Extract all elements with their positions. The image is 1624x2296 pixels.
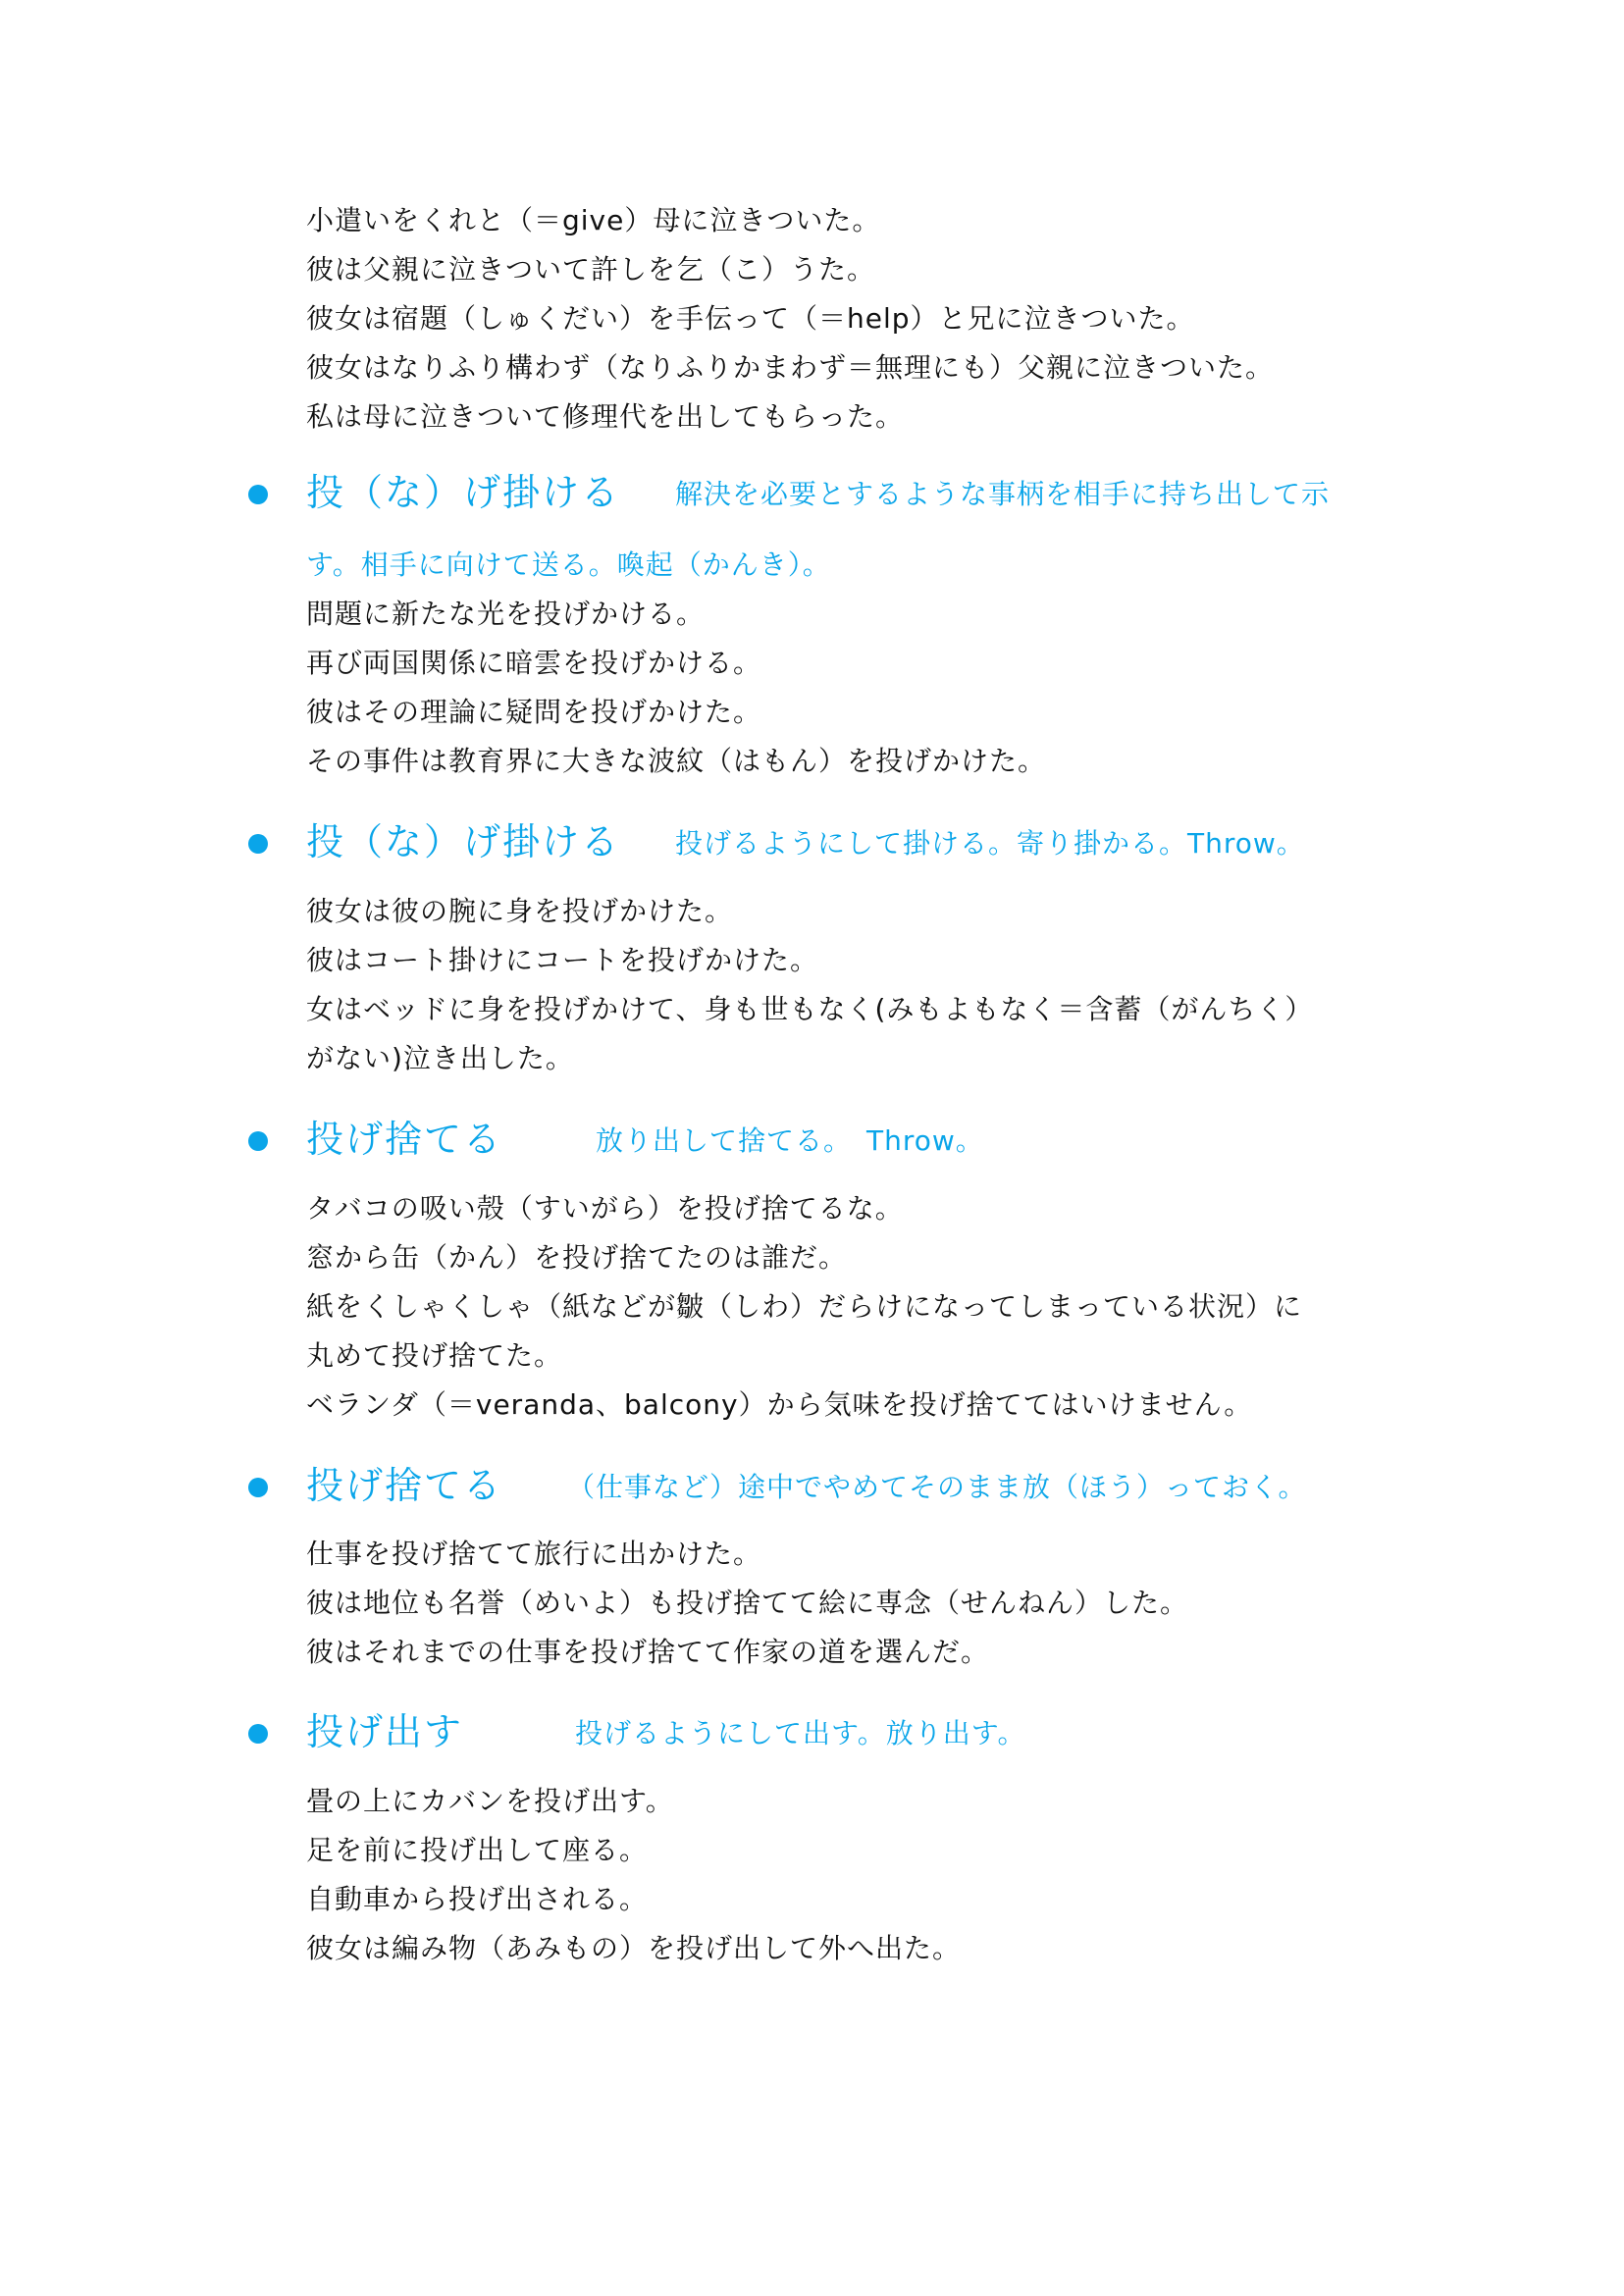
example-line: その事件は教育界に大きな波紋（はもん）を投げかけた。 bbox=[306, 742, 1046, 781]
example-line: 丸めて投げ捨てた。 bbox=[306, 1336, 562, 1376]
example-line: 窓から缶（かん）を投げ捨てたのは誰だ。 bbox=[306, 1238, 847, 1278]
example-line: 足を前に投げ出して座る。 bbox=[306, 1831, 648, 1870]
example-line: 彼女は彼の腕に身を投げかけた。 bbox=[306, 892, 733, 931]
example-line: 彼女は宿題（しゅくだい）を手伝って（＝help）と兄に泣きついた。 bbox=[306, 299, 1195, 339]
example-line: 畳の上にカバンを投げ出す。 bbox=[306, 1782, 674, 1821]
example-line: 仕事を投げ捨てて旅行に出かけた。 bbox=[306, 1535, 761, 1574]
entry-term: 投（な）げ掛ける bbox=[306, 818, 620, 865]
example-line: 自動車から投げ出される。 bbox=[306, 1880, 648, 1919]
bullet-icon bbox=[248, 1131, 268, 1151]
entry-definition-continued: す。相手に向けて送る。喚起（かんき）。 bbox=[306, 546, 831, 585]
example-line: 問題に新たな光を投げかける。 bbox=[306, 595, 705, 634]
example-line: 彼は地位も名誉（めいよ）も投げ捨てて絵に専念（せんねん）した。 bbox=[306, 1584, 1188, 1623]
example-line: 彼はコート掛けにコートを投げかけた。 bbox=[306, 941, 818, 980]
example-line: 小遣いをくれと（＝give）母に泣きついた。 bbox=[306, 201, 880, 240]
entry-definition: 投げるようにして掛ける。寄り掛かる。Throw。 bbox=[675, 824, 1305, 863]
example-line: 紙をくしゃくしゃ（紙などが皺（しわ）だらけになってしまっている状況）に bbox=[306, 1287, 1302, 1327]
entry-definition: 解決を必要とするような事柄を相手に持ち出して示 bbox=[675, 475, 1330, 514]
entry-definition: 放り出して捨てる。 Throw。 bbox=[596, 1122, 984, 1161]
example-line: 彼はそれまでの仕事を投げ捨てて作家の道を選んだ。 bbox=[306, 1633, 989, 1672]
entry-definition: 投げるようにして出す。放り出す。 bbox=[575, 1714, 1026, 1753]
example-line: がない)泣き出した。 bbox=[306, 1039, 574, 1078]
example-line: 女はベッドに身を投げかけて、身も世もなく(みもよもなく＝含蓄（がんちく） bbox=[306, 990, 1313, 1029]
entry-term: 投げ捨てる bbox=[306, 1116, 502, 1163]
entry-term: 投げ出す bbox=[306, 1708, 463, 1755]
example-line: ベランダ（＝veranda、balcony）から気味を投げ捨ててはいけません。 bbox=[306, 1385, 1252, 1425]
example-line: タバコの吸い殻（すいがら）を投げ捨てるな。 bbox=[306, 1189, 904, 1228]
example-line: 彼女はなりふり構わず（なりふりかまわず＝無理にも）父親に泣きついた。 bbox=[306, 348, 1274, 388]
entry-term: 投（な）げ掛ける bbox=[306, 469, 620, 516]
document-page: 小遣いをくれと（＝give）母に泣きついた。 彼は父親に泣きついて許しを乞（こ）… bbox=[0, 0, 1624, 2296]
bullet-icon bbox=[248, 1724, 268, 1744]
example-line: 彼女は編み物（あみもの）を投げ出して外へ出た。 bbox=[306, 1929, 961, 1968]
example-line: 彼は父親に泣きついて許しを乞（こ）うた。 bbox=[306, 250, 875, 289]
example-line: 私は母に泣きついて修理代を出してもらった。 bbox=[306, 397, 904, 437]
bullet-icon bbox=[248, 1478, 268, 1497]
example-line: 彼はその理論に疑問を投げかけた。 bbox=[306, 693, 761, 732]
example-line: 再び両国関係に暗雲を投げかける。 bbox=[306, 644, 761, 683]
entry-term: 投げ捨てる bbox=[306, 1462, 502, 1509]
entry-definition: （仕事など）途中でやめてそのまま放（ほう）っておく。 bbox=[567, 1468, 1306, 1507]
bullet-icon bbox=[248, 834, 268, 854]
bullet-icon bbox=[248, 485, 268, 504]
